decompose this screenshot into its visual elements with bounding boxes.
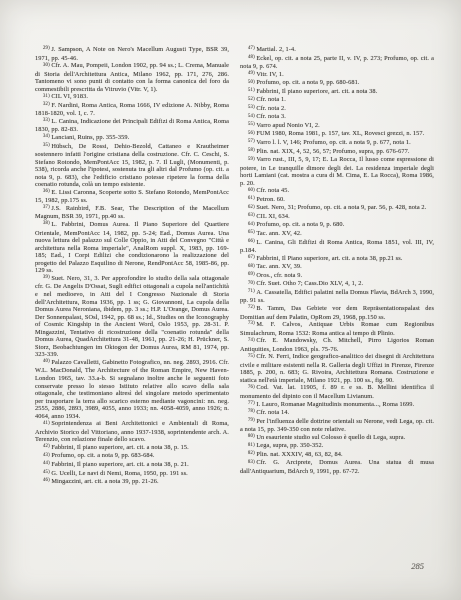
footnote: 57)Varro l. l. V, 146; Profumo, op. cit.… [240, 139, 434, 148]
footnote: 72)B. Tamm, Das Gebiete vor dem Repräsen… [240, 305, 434, 321]
footnote-text: Cfr. G. Arciprete, Domus Aurea. Una stat… [240, 459, 434, 475]
footnote-number: 50) [248, 80, 255, 85]
footnote: 31)CIL VI, 9183. [35, 93, 229, 102]
footnote: 33)L. Canina, Indicazione dei Principali… [35, 118, 229, 134]
footnote: 34)Lanciani, Ruins, pp. 355-359. [35, 134, 229, 143]
footnote: 79)Per l'influenza delle dottrine orient… [240, 418, 434, 434]
scanned-book-page: 29)J. Sampson, A Note on Nero's Macellum… [0, 0, 461, 600]
footnote-text: L. Canina, Gli Edifizi di Roma Antica, R… [240, 239, 434, 255]
footnote-text: Mingazzini, art. cit. a nota 39, pp. 21-… [51, 478, 158, 485]
footnote-text: Fabbrini, Il piano superiore, art. cit. … [256, 88, 377, 95]
footnote: 83)Cfr. G. Arciprete, Domus Aurea. Una s… [240, 459, 434, 475]
footnote-number: 70) [248, 281, 255, 286]
footnote-number: 74) [248, 338, 255, 343]
footnote-number: 83) [248, 460, 255, 465]
footnote-text: Lanciani, Ruins, pp. 355-359. [51, 134, 129, 141]
footnote: 30)Cfr. A. Mau, Pompeii, London 1902, pp… [35, 62, 229, 93]
footnote-number: 82) [248, 451, 255, 456]
footnote-number: 38) [43, 221, 50, 226]
footnote-number: 67) [248, 255, 255, 260]
footnote-number: 63) [248, 213, 255, 218]
footnote: 73)M. F. Calvos, Antiquae Urbis Romae cu… [240, 321, 434, 337]
footnote-number: 36) [43, 189, 50, 194]
footnote-number: 78) [248, 409, 255, 414]
footnote: 32)F. Nardini, Roma Antica, Roma 1666, I… [35, 102, 229, 118]
footnote: 51)Fabbrini, Il piano superiore, art. ci… [240, 88, 434, 97]
footnote: 67)Fabbrini, Il Piano superiore, art. ci… [240, 255, 434, 264]
footnote: 47)Martial. 2, 1-4. [240, 46, 434, 55]
footnote-text: Cfr. Suet. Otho 7; Cass.Dio XLV, 4, 1, 2… [256, 280, 363, 287]
footnote-number: 64) [248, 222, 255, 227]
footnote-text: Profumo, op. cit. a nota 9, p. 680. [256, 221, 344, 228]
footnote-number: 52) [248, 97, 255, 102]
footnote-number: 57) [248, 139, 255, 144]
footnote: 39)Suet. Nero, 31, 3. Per approfondire l… [35, 275, 229, 359]
footnote: 75)Cfr. N. Ferri, Indice geografico-anal… [240, 353, 434, 384]
footnote-text: Cfr. nota 2. [256, 105, 286, 112]
footnote-text: Eckel, op. cit. a nota 25, parte II, v. … [240, 55, 434, 71]
footnote-number: 76) [248, 385, 255, 390]
footnote-text: M. F. Calvos, Antiquae Urbis Romae cum R… [240, 321, 434, 337]
footnote: 70)Cfr. Suet. Otho 7; Cass.Dio XLV, 4, 1… [240, 280, 434, 289]
footnote-text: Cfr. nota 45. [256, 187, 289, 194]
footnote-text: E. Lissi Caronna, Scoperte sotto S. Stef… [35, 189, 229, 205]
footnote-number: 43) [43, 453, 50, 458]
footnote-text: J.S. Rainbird, F.B. Sear, The Descriptio… [35, 205, 229, 221]
footnote: 54)Cfr. nota 3. [240, 113, 434, 122]
footnote-text: Cfr. nota 1. [256, 96, 286, 103]
footnote-text: A. Cassatella, Edifici palatini nella Do… [240, 289, 434, 305]
footnote-text: Hübsch, De Rossi, Dehio-Bezold, Cattaneo… [35, 143, 229, 189]
footnote-text: Plin. nat. XXXIV, 48, 63, 82, 84. [256, 451, 342, 458]
footnote-number: 49) [248, 71, 255, 76]
footnote-text: Per l'influenza delle dottrine orientali… [240, 418, 434, 434]
footnote-number: 29) [43, 46, 50, 51]
footnote-text: Plin. nat. XIX, 4, 52, 56, 57; Profumo, … [256, 148, 409, 155]
footnote: 65)Tac. ann. XV, 42. [240, 230, 434, 239]
footnote-text: Suet. Nero, 31, 3. Per approfondire lo s… [35, 275, 229, 358]
footnote-text: Lega, supra, pp. 350-352. [256, 442, 323, 449]
footnote-text: CIL VI, 9183. [51, 93, 88, 100]
footnote: 55)Varro apud Nonio VI, 2. [240, 122, 434, 131]
footnote: 81)Lega, supra, pp. 350-352. [240, 442, 434, 451]
page-number: 285 [411, 561, 424, 571]
footnote: 29)J. Sampson, A Note on Nero's Macellum… [35, 46, 229, 62]
footnote-text: Fabbrini, Il piano superiore, art. cit. … [51, 461, 188, 468]
footnote: 64)Profumo, op. cit. a nota 9, p. 680. [240, 221, 434, 230]
footnote: 71)A. Cassatella, Edifici palatini nella… [240, 289, 434, 305]
footnote: 59)Varro rust., III, 5, 9, 17; E. La Roc… [240, 156, 434, 187]
footnote-number: 68) [248, 264, 255, 269]
footnote-number: 79) [248, 418, 255, 423]
footnote-number: 54) [248, 114, 255, 119]
footnote: 74)Cfr. E. Mandowsky, Ch. Mitchell, Pirr… [240, 337, 434, 353]
footnotes-column-left: 29)J. Sampson, A Note on Nero's Macellum… [35, 46, 229, 487]
footnote: 58)Plin. nat. XIX, 4, 52, 56, 57; Profum… [240, 148, 434, 157]
footnote: 49)Vitr. IV, 1. [240, 71, 434, 80]
footnote-text: Oros., cfr. nota 9. [256, 272, 302, 279]
footnote-number: 51) [248, 88, 255, 93]
footnote-number: 39) [43, 275, 50, 280]
footnote-number: 30) [43, 63, 50, 68]
footnote-number: 81) [248, 443, 255, 448]
footnote: 80)Un esauriente studio sul Colosso è qu… [240, 434, 434, 443]
footnote-text: CIL XI, 634. [256, 213, 290, 220]
footnote-text: Fabbrini, Il piano superiore, art. cit. … [51, 444, 188, 451]
footnote-number: 32) [43, 102, 50, 107]
footnote-number: 65) [248, 230, 255, 235]
footnote-text: FUM 1980, Roma 1981, p. 157, tav. XL, Ro… [256, 130, 424, 137]
footnote-text: Fabbrini, Il Piano superiore, art. cit. … [256, 255, 402, 262]
footnote-number: 61) [248, 196, 255, 201]
footnote-text: B. Tamm, Das Gebiete vor dem Repräsentat… [240, 305, 434, 321]
footnote: 60)Cfr. nota 45. [240, 187, 434, 196]
footnote: 52)Cfr. nota 1. [240, 96, 434, 105]
footnote-number: 60) [248, 188, 255, 193]
footnote-number: 42) [43, 444, 50, 449]
footnote-number: 47) [248, 46, 255, 51]
footnote: 66)L. Canina, Gli Edifizi di Roma Antica… [240, 239, 434, 255]
footnote: 38)L. Fabbrini, Domus Aurea. Il Piano Su… [35, 221, 229, 275]
footnote-text: Cod. Vat. lat. 11905, f. 89 r. e ss. B. … [240, 384, 434, 400]
footnote-text: Martial. 2, 1-4. [256, 46, 296, 53]
footnote-text: L. Fabbrini, Domus Aurea. Il Piano Super… [35, 221, 229, 274]
footnote-number: 66) [248, 239, 255, 244]
footnote-text: Profumo, op. cit. a nota 9, pp. 683-684. [51, 452, 154, 459]
footnote-text: Cfr. nota 3. [256, 113, 286, 120]
footnote: 35)Hübsch, De Rossi, Dehio-Bezold, Catta… [35, 143, 229, 189]
footnote-number: 35) [43, 143, 50, 148]
footnote-text: Soprintendenza ai Beni Architettonici e … [35, 420, 229, 443]
footnote-number: 75) [248, 354, 255, 359]
footnote-number: 72) [248, 305, 255, 310]
footnote-number: 73) [248, 321, 255, 326]
footnote-text: Cfr. N. Ferri, Indice geografico-analiti… [240, 353, 434, 384]
footnote-number: 59) [248, 157, 255, 162]
footnote-number: 53) [248, 105, 255, 110]
footnote-number: 62) [248, 205, 255, 210]
footnote-number: 46) [43, 478, 50, 483]
footnote-number: 45) [43, 470, 50, 475]
footnote: 37)J.S. Rainbird, F.B. Sear, The Descrip… [35, 205, 229, 221]
footnote-text: Un esauriente studio sul Colosso è quell… [256, 434, 405, 441]
footnote-number: 37) [43, 205, 50, 210]
footnote-text: Suet. Nero, 31; Profumo, op. cit. a nota… [256, 204, 426, 211]
footnote: 78)Cfr. nota 14. [240, 409, 434, 418]
footnote-text: Petron. 60. [256, 196, 285, 203]
footnote-number: 56) [248, 131, 255, 136]
footnote-number: 71) [248, 289, 255, 294]
footnote-text: Cfr. nota 14. [256, 409, 289, 416]
footnote: 40)Palazzo Cavalletti, Gabinetto Fotogra… [35, 359, 229, 420]
footnote-text: Tac. ann. XV, 39. [256, 263, 301, 270]
footnotes-column-right: 47)Martial. 2, 1-4. 48)Eckel, op. cit. a… [240, 46, 434, 487]
footnote-text: Cfr. E. Mandowsky, Ch. Mitchell, Pirro L… [240, 337, 434, 353]
footnote-number: 77) [248, 401, 255, 406]
footnote: 77)I. Lauro, Romanae Magnitudinis monume… [240, 401, 434, 410]
footnote-number: 44) [43, 461, 50, 466]
footnote-number: 40) [43, 359, 50, 364]
footnote-number: 34) [43, 134, 50, 139]
footnote: 68)Tac. ann. XV, 39. [240, 263, 434, 272]
footnote-text: G. Ucelli, Le navi di Nemi, Roma, 1950, … [51, 470, 187, 477]
footnote: 46)Mingazzini, art. cit. a nota 39, pp. … [35, 478, 229, 487]
footnote: 44)Fabbrini, Il piano superiore, art. ci… [35, 461, 229, 470]
footnote-number: 48) [248, 55, 255, 60]
footnote: 36)E. Lissi Caronna, Scoperte sotto S. S… [35, 189, 229, 205]
footnote: 62)Suet. Nero, 31; Profumo, op. cit. a n… [240, 204, 434, 213]
footnote-number: 33) [43, 118, 50, 123]
footnote-number: 80) [248, 434, 255, 439]
footnote: 43)Profumo, op. cit. a nota 9, pp. 683-6… [35, 452, 229, 461]
footnote-number: 58) [248, 148, 255, 153]
footnote-text: Vitr. IV, 1. [256, 71, 283, 78]
footnote-text: Varro rust., III, 5, 9, 17; E. La Rocca,… [240, 156, 434, 187]
footnote-text: Profumo, op. cit. a nota 9, pp. 680-681. [256, 79, 359, 86]
footnote: 56)FUM 1980, Roma 1981, p. 157, tav. XL,… [240, 130, 434, 139]
footnote-text: J. Sampson, A Note on Nero's Macellum Au… [35, 46, 229, 62]
footnotes-area: 29)J. Sampson, A Note on Nero's Macellum… [35, 46, 434, 487]
footnote: 76)Cod. Vat. lat. 11905, f. 89 r. e ss. … [240, 384, 434, 400]
footnote-number: 55) [248, 122, 255, 127]
footnote-text: F. Nardini, Roma Antica, Roma 1666, IV e… [35, 102, 229, 118]
footnote-text: Tac. ann. XV, 42. [256, 230, 301, 237]
footnote-text: Palazzo Cavalletti, Gabinetto Fotografic… [35, 359, 229, 420]
footnote: 45)G. Ucelli, Le navi di Nemi, Roma, 195… [35, 470, 229, 479]
footnote-text: Varro apud Nonio VI, 2. [256, 122, 319, 129]
footnote: 48)Eckel, op. cit. a nota 25, parte II, … [240, 55, 434, 71]
footnote-text: I. Lauro, Romanae Magnitudinis monumenta… [256, 401, 414, 408]
footnote-number: 31) [43, 94, 50, 99]
footnote-text: Varro l. l. V, 146; Profumo, op. cit. a … [256, 139, 410, 146]
footnote-number: 41) [43, 421, 50, 426]
footnote: 50)Profumo, op. cit. a nota 9, pp. 680-6… [240, 79, 434, 88]
footnote-number: 69) [248, 272, 255, 277]
footnote-text: Cfr. A. Mau, Pompeii, London 1902, pp. 9… [35, 62, 229, 93]
footnote: 41)Soprintendenza ai Beni Architettonici… [35, 420, 229, 444]
footnote-text: L. Canina, Indicazione dei Principali Ed… [35, 118, 229, 134]
